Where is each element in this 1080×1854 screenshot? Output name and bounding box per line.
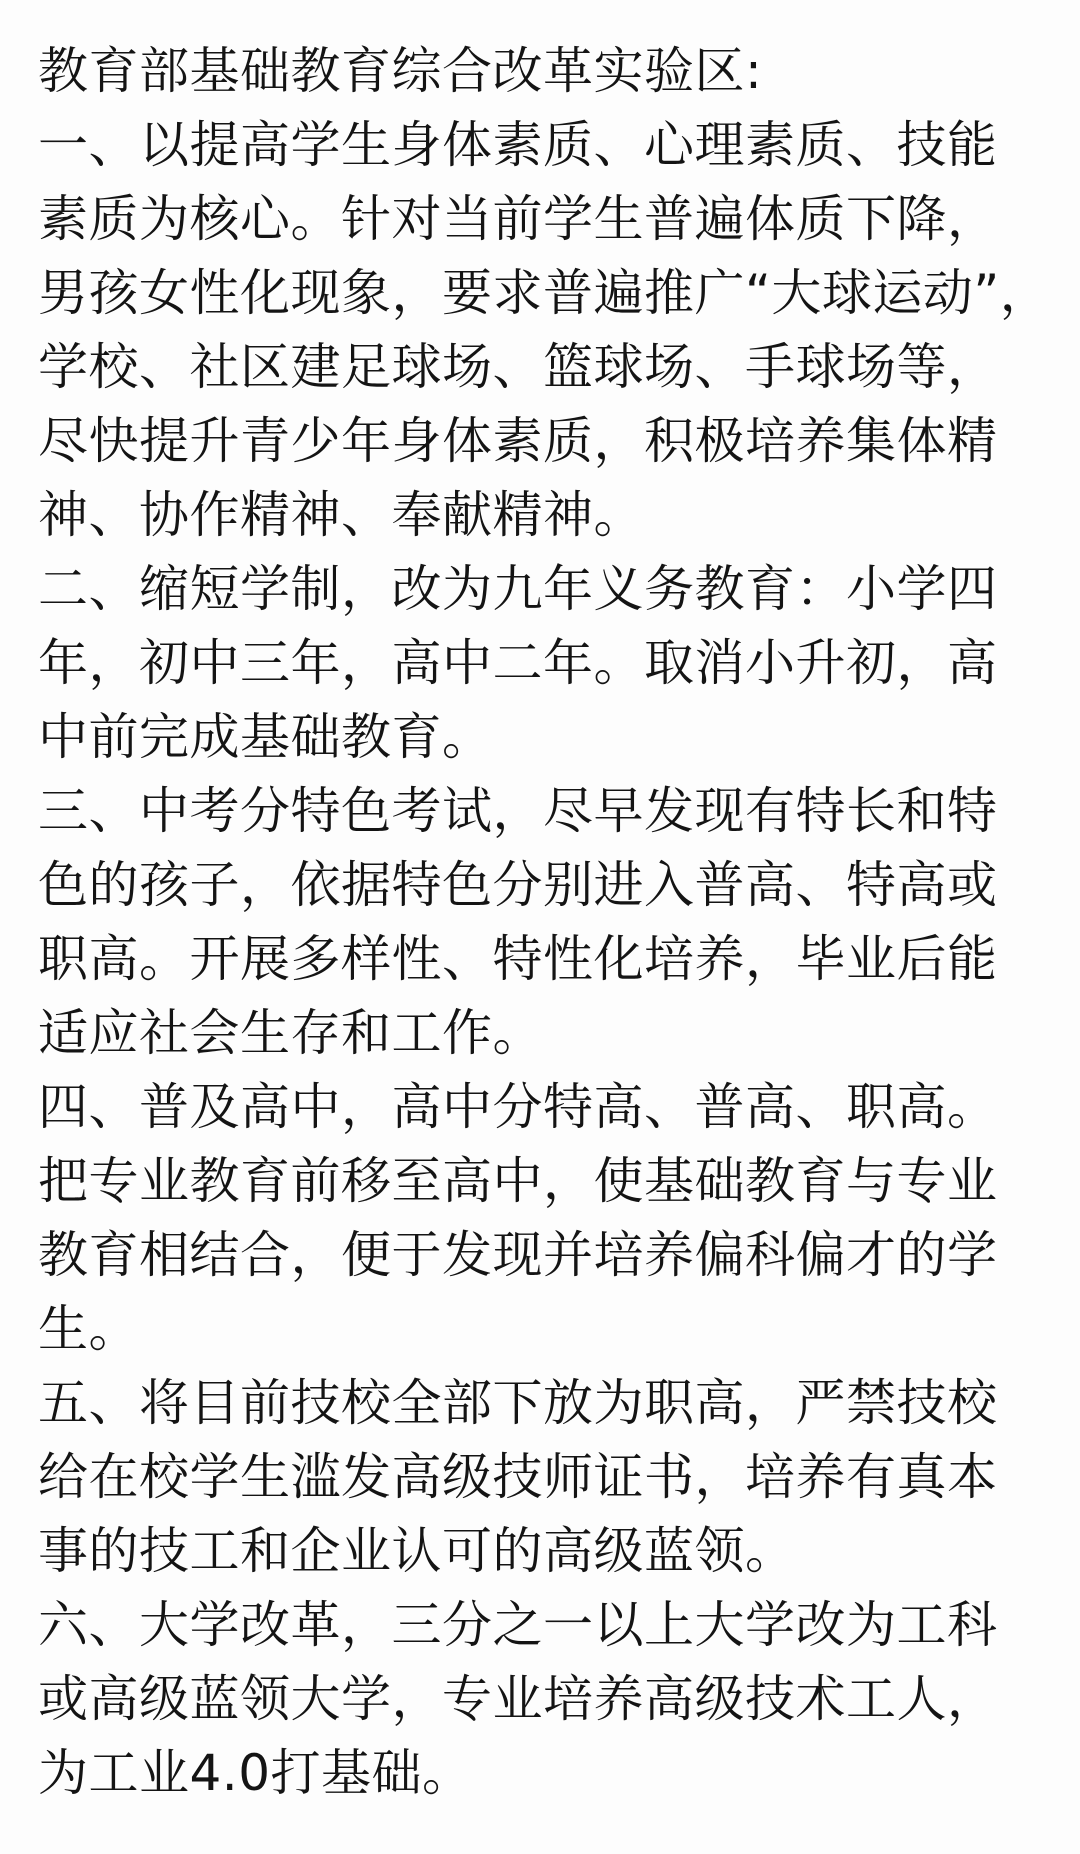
text-line: 五、将目前技校全部下放为职高，严禁技校	[38, 1366, 1058, 1440]
text-line: 素质为核心。针对当前学生普遍体质下降，	[38, 182, 1058, 256]
text-line: 适应社会生存和工作。	[38, 996, 1058, 1070]
text-line: 四、普及高中，高中分特高、普高、职高。	[38, 1070, 1058, 1144]
text-line: 二、缩短学制，改为九年义务教育：小学四	[38, 552, 1058, 626]
text-line: 色的孩子，依据特色分别进入普高、特高或	[38, 848, 1058, 922]
text-line: 把专业教育前移至高中，使基础教育与专业	[38, 1144, 1058, 1218]
text-line: 生。	[38, 1292, 1058, 1366]
document-body: 教育部基础教育综合改革实验区: 一、以提高学生身体素质、心理素质、技能 素质为核…	[38, 34, 1058, 1810]
text-line: 学校、社区建足球场、篮球场、手球场等，	[38, 330, 1058, 404]
text-line: 年，初中三年，高中二年。取消小升初，高	[38, 626, 1058, 700]
text-line: 给在校学生滥发高级技师证书，培养有真本	[38, 1440, 1058, 1514]
text-line: 神、协作精神、奉献精神。	[38, 478, 1058, 552]
text-line: 或高级蓝领大学，专业培养高级技术工人，	[38, 1662, 1058, 1736]
text-line: 事的技工和企业认可的高级蓝领。	[38, 1514, 1058, 1588]
text-line: 六、大学改革，三分之一以上大学改为工科	[38, 1588, 1058, 1662]
text-line: 三、中考分特色考试，尽早发现有特长和特	[38, 774, 1058, 848]
text-line: 教育相结合，便于发现并培养偏科偏才的学	[38, 1218, 1058, 1292]
text-line: 一、以提高学生身体素质、心理素质、技能	[38, 108, 1058, 182]
text-line: 尽快提升青少年身体素质，积极培养集体精	[38, 404, 1058, 478]
text-line: 男孩女性化现象，要求普遍推广“大球运动”，	[38, 256, 1058, 330]
text-line: 职高。开展多样性、特性化培养，毕业后能	[38, 922, 1058, 996]
text-line: 为工业4.0打基础。	[38, 1736, 1058, 1810]
document-title: 教育部基础教育综合改革实验区:	[38, 34, 1058, 108]
text-line: 中前完成基础教育。	[38, 700, 1058, 774]
